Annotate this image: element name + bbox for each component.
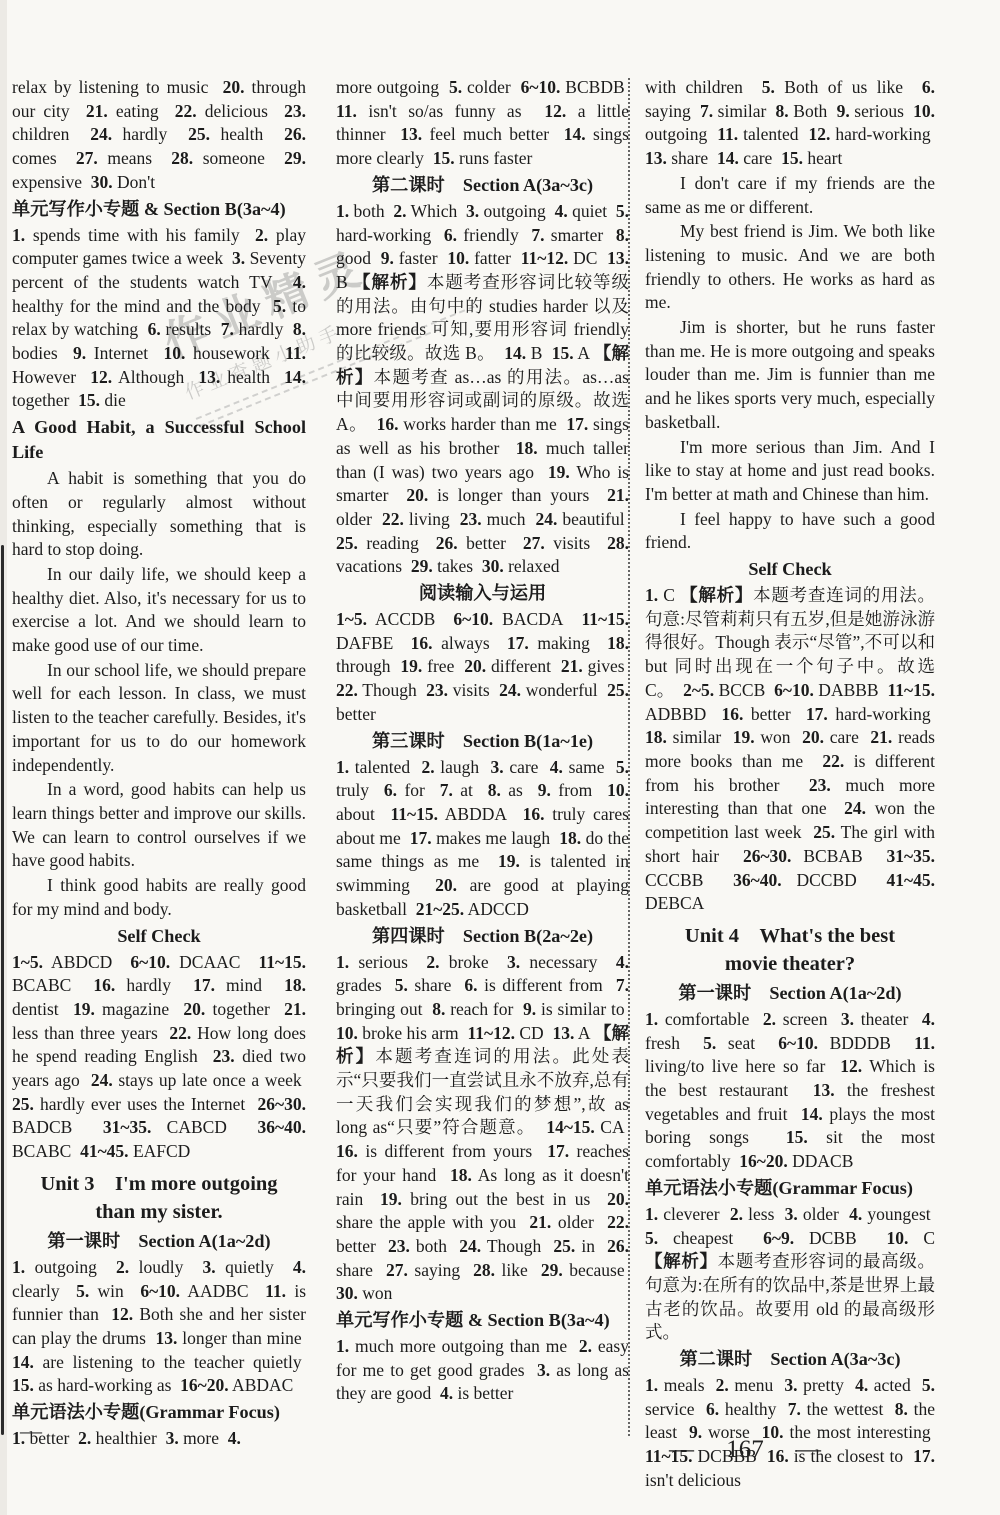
answer-paragraph: 1. meals 2. menu 3. pretty 4. acted 5. s… (645, 1374, 935, 1493)
page-number: — 167 — (600, 1436, 890, 1464)
essay-paragraph: My best friend is Jim. We both like list… (645, 220, 935, 315)
answer-paragraph: 1. spends time with his family 2. play c… (12, 224, 306, 414)
answers-column-left: relax by listening to music 20. through … (12, 76, 306, 1452)
answer-paragraph: relax by listening to music 20. through … (12, 76, 306, 195)
scan-edge-line (1, 545, 4, 1435)
section-heading: Unit 3 I'm more outgoingthan my sister. (12, 1170, 306, 1226)
answer-paragraph: 1. better 2. healthier 3. more 4. (12, 1427, 306, 1451)
column-divider-dotted-line (628, 78, 630, 1436)
essay-paragraph: I feel happy to have such a good friend. (645, 508, 935, 555)
section-heading: 单元写作小专题 & Section B(3a~4) (12, 197, 306, 222)
answer-paragraph: 1. C 【解析】本题考查连词的用法。句意:尽管莉莉只有五岁,但是她游泳游得很好… (645, 584, 935, 916)
essay-paragraph: A habit is something that you do often o… (12, 467, 306, 562)
section-heading: 第三课时 Section B(1a~1e) (336, 729, 629, 754)
section-heading: 阅读输入与运用 (336, 581, 629, 606)
answer-paragraph: more outgoing 5. colder 6~10. BCBDB 11. … (336, 76, 629, 171)
answers-column-right: with children 5. Both of us like 6. sayi… (645, 76, 935, 1494)
workbook-answers-page: 作业精灵 作业查题小助手 relax by listening to music… (0, 0, 1000, 1515)
essay-paragraph: I don't care if my friends are the same … (645, 172, 935, 219)
section-heading: 第二课时 Section A(3a~3c) (645, 1347, 935, 1372)
essay-paragraph: I'm more serious than Jim. And I like to… (645, 436, 935, 507)
essay-paragraph: In our daily life, we should keep a heal… (12, 563, 306, 658)
answer-paragraph: 1. both 2. Which 3. outgoing 4. quiet 5.… (336, 200, 629, 579)
answer-paragraph: 1. outgoing 2. loudly 3. quietly 4. clea… (12, 1256, 306, 1398)
answer-paragraph: 1. much more outgoing than me 2. easy fo… (336, 1335, 629, 1406)
section-heading: Unit 4 What's the bestmovie theater? (645, 922, 935, 978)
essay-paragraph: In a word, good habits can help us learn… (12, 778, 306, 873)
section-heading: 单元写作小专题 & Section B(3a~4) (336, 1308, 629, 1333)
essay-paragraph: I think good habits are really good for … (12, 874, 306, 921)
section-heading: 单元语法小专题(Grammar Focus) (645, 1176, 935, 1201)
section-heading: Self Check (12, 924, 306, 949)
answer-paragraph: 1. comfortable 2. screen 3. theater 4. f… (645, 1008, 935, 1174)
section-heading: 第四课时 Section B(2a~2e) (336, 924, 629, 949)
section-heading: 第一课时 Section A(1a~2d) (645, 981, 935, 1006)
answer-paragraph: 1. serious 2. broke 3. necessary 4. grad… (336, 951, 629, 1307)
answer-paragraph: 1. cleverer 2. less 3. older 4. youngest… (645, 1203, 935, 1345)
answer-paragraph: 1. talented 2. laugh 3. care 4. same 5. … (336, 756, 629, 922)
answer-paragraph: 1~5. ACCDB 6~10. BACDA 11~15. DAFBE 16. … (336, 608, 629, 727)
essay-paragraph: In our school life, we should prepare we… (12, 659, 306, 778)
answer-paragraph: with children 5. Both of us like 6. sayi… (645, 76, 935, 171)
answer-paragraph: 1~5. ABDCD 6~10. DCAAC 11~15. BCABC 16. … (12, 951, 306, 1164)
section-heading: Self Check (645, 557, 935, 582)
answers-column-middle: more outgoing 5. colder 6~10. BCBDB 11. … (336, 76, 629, 1407)
scan-stray-mark: — (20, 1418, 42, 1444)
section-heading: A Good Habit, a Successful School Life (12, 415, 306, 465)
section-heading: 单元语法小专题(Grammar Focus) (12, 1400, 306, 1425)
section-heading: 第一课时 Section A(1a~2d) (12, 1229, 306, 1254)
essay-paragraph: Jim is shorter, but he runs faster than … (645, 316, 935, 435)
section-heading: 第二课时 Section A(3a~3c) (336, 173, 629, 198)
